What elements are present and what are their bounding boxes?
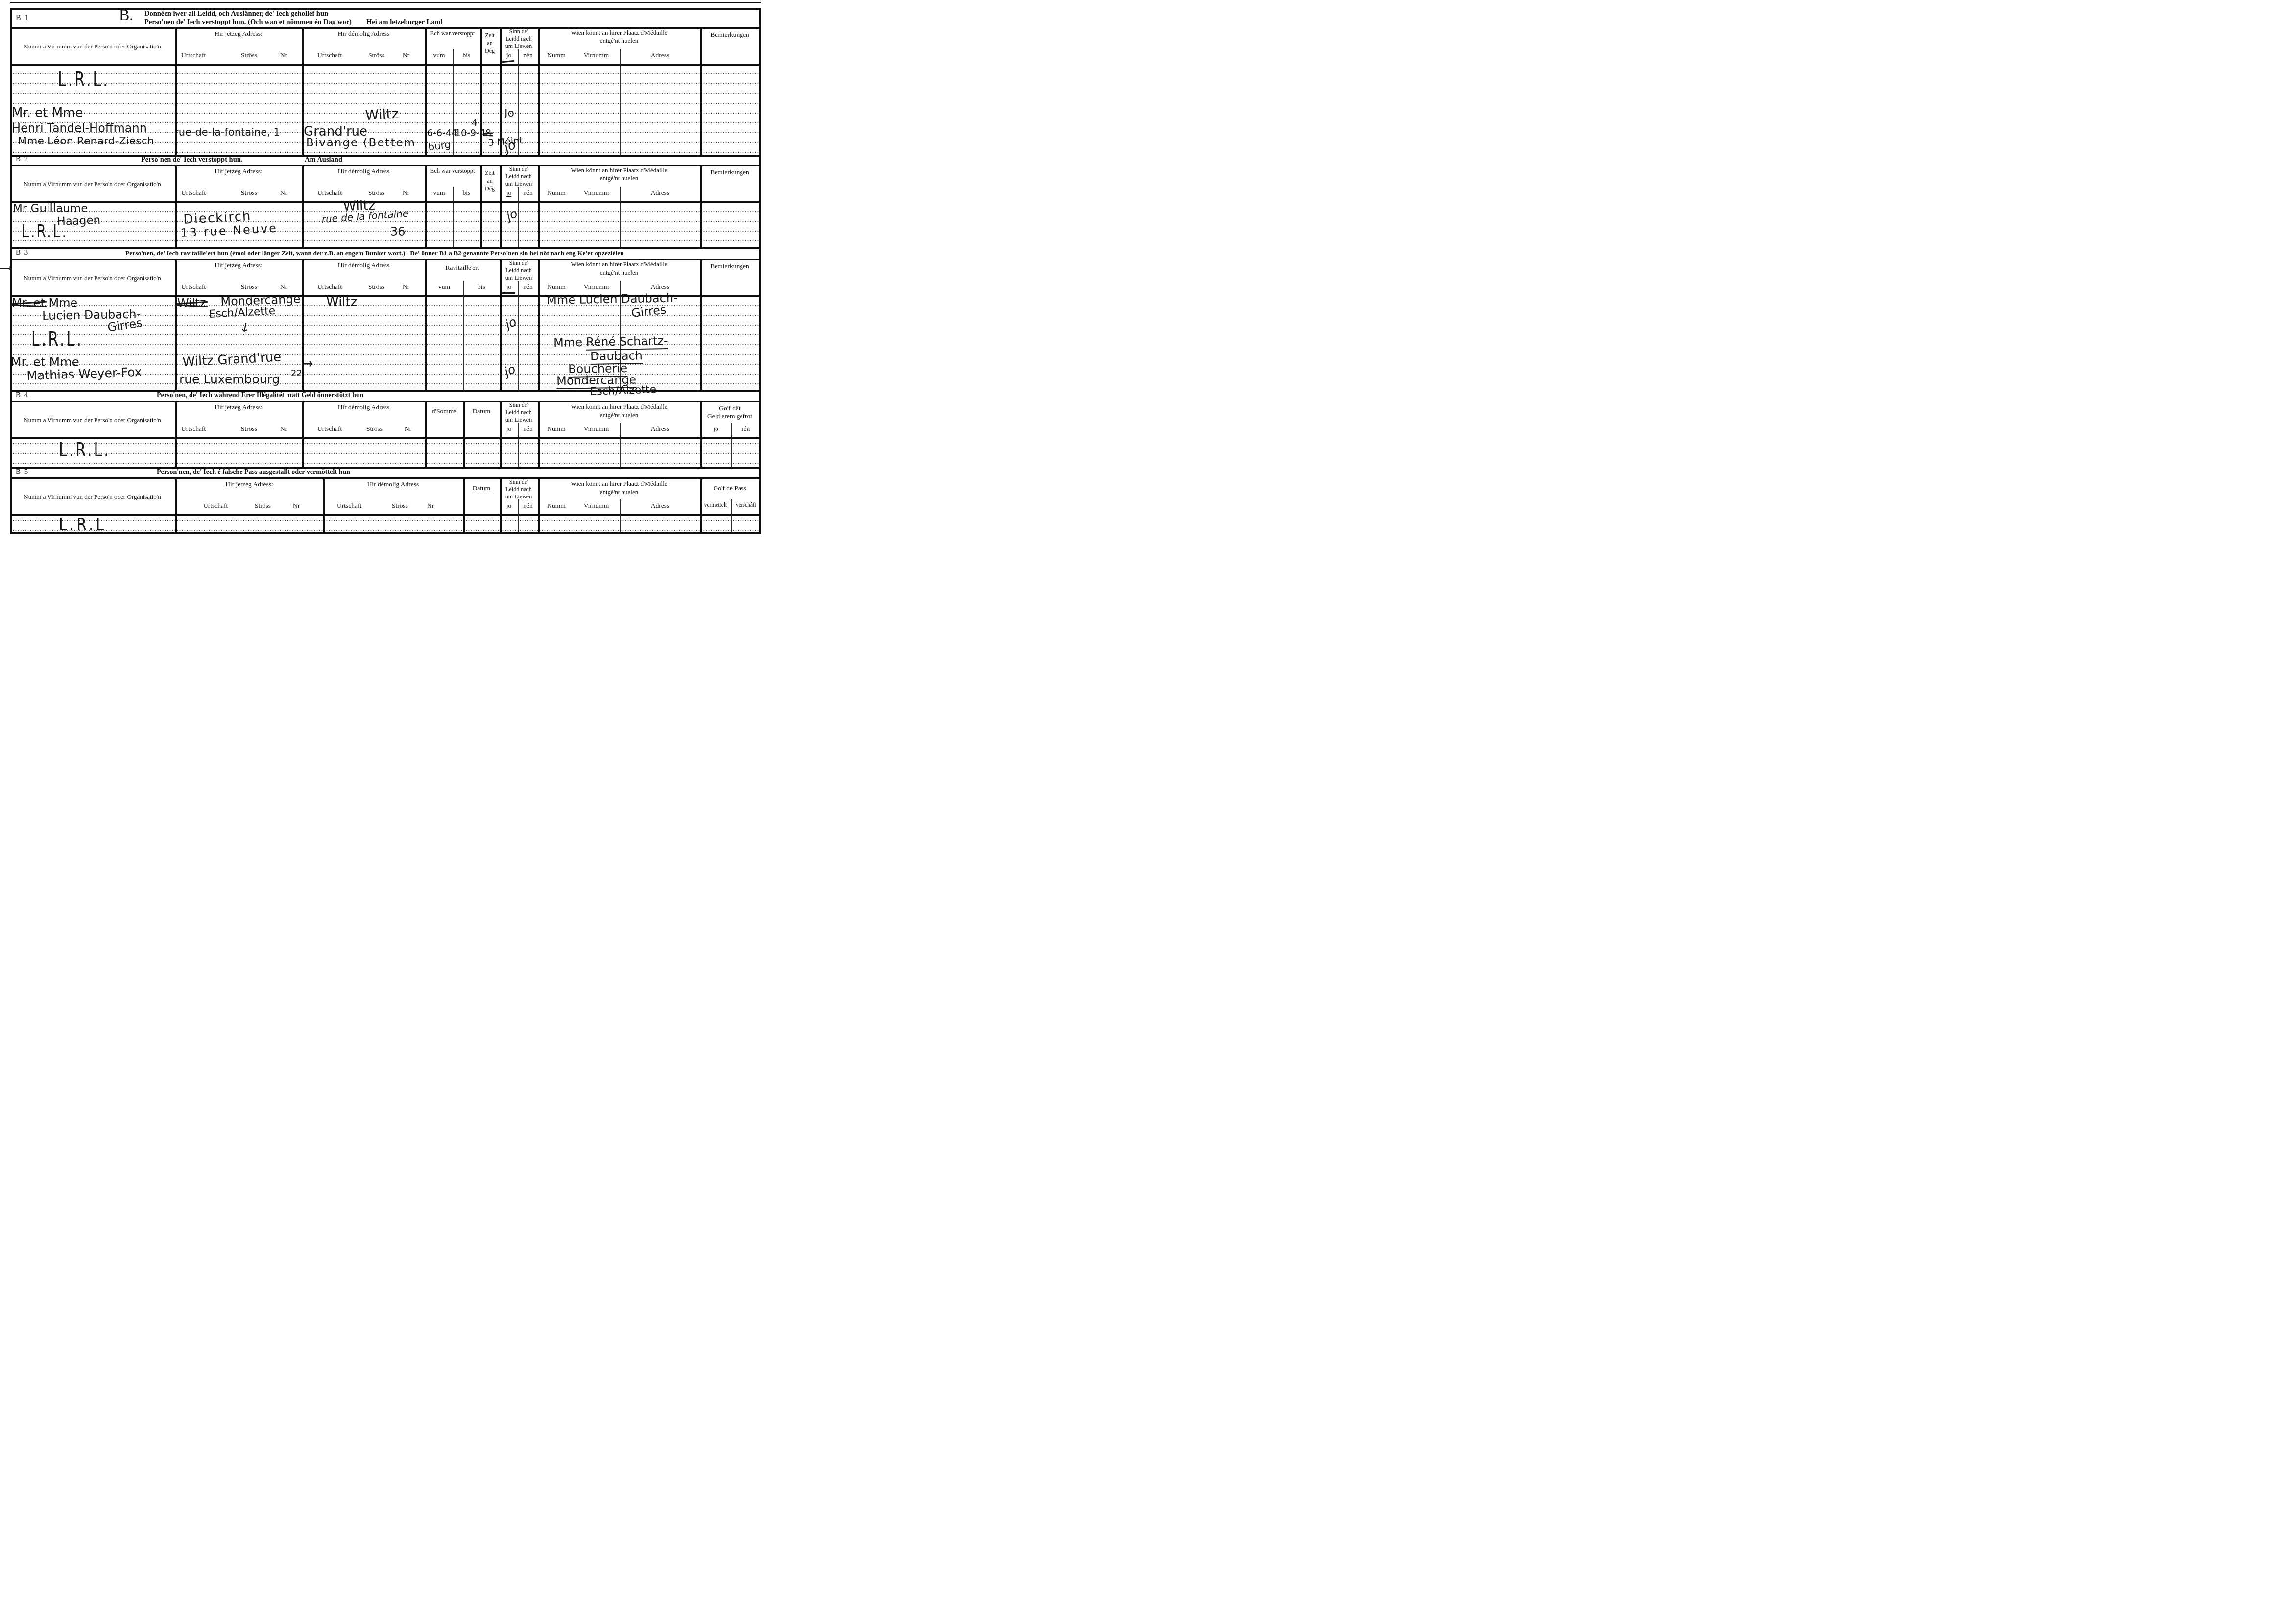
b2-sinn3: um Liewen (500, 181, 538, 187)
b4-gof2: Geld erem gefrot (700, 413, 759, 420)
hw-b1-jo-top: Jo (504, 108, 514, 119)
b2-medaille2: entgé'nt huelen (538, 175, 700, 182)
hw-b3-now4: rue Luxembourg (179, 373, 280, 386)
b3-jo: jo (500, 283, 518, 290)
b4-col-datum: Datum (463, 408, 500, 415)
rule-v (700, 259, 702, 390)
b4-jo: jo (500, 425, 518, 432)
b1-numm: Numm (541, 52, 572, 59)
b4-demolig-nr: Nr (405, 425, 411, 432)
hw-b3-org: L.R.L. (31, 330, 83, 350)
rule-v (538, 259, 540, 390)
b5-jetzeg-urtschaft: Urtschaft (203, 502, 228, 509)
b5-numm: Numm (541, 502, 572, 509)
b2-bis: bis (453, 189, 480, 196)
hw-b2-org: L.R.L. (22, 222, 68, 241)
b1-zeit3: Dég (480, 48, 500, 54)
rule-bottom (10, 532, 761, 534)
b2-demolig-urtschaft: Urtschaft (317, 189, 342, 196)
hw-b3-now4-nr: 22 (291, 369, 302, 378)
b1-col-jetzeg: Hir jetzeg Adress: (175, 30, 302, 37)
rule-v (425, 165, 427, 247)
b3-demolig-stross: Ströss (368, 283, 384, 290)
b4-sinn2: Leidd nach (500, 409, 538, 416)
b3-jetzeg-stross: Ströss (241, 283, 257, 290)
b3-jetzeg-urtschaft: Urtschaft (181, 283, 206, 290)
b5-jetzeg-stross: Ströss (255, 502, 271, 509)
b1-jo: jo (500, 52, 518, 59)
b5-title: Person'nen, de' Iech é falsche Pass ausg… (157, 469, 350, 476)
hw-b2-jo-text: jo (504, 207, 520, 223)
hw-b1-bis-main: 10-9-4 (455, 128, 485, 139)
hw-b3-jo2-text: jo (502, 363, 518, 379)
rule-b3-header-top (10, 259, 761, 260)
b1-vum: vum (425, 52, 453, 59)
b1-sinn1: Sinn de' (500, 28, 538, 35)
hw-b5-org: L.R.L (59, 516, 106, 534)
b5-col-jetzeg: Hir jetzeg Adress: (176, 481, 323, 488)
b4-nen: nén (518, 425, 538, 432)
b4-title: Perso'nen, de' Iech während Erer Illégal… (157, 392, 363, 400)
b1-demolig-urtschaft: Urtschaft (317, 52, 342, 59)
hw-b1-couple: Mr. et Mme (12, 107, 83, 120)
hw-b3-now-struck-text: Wiltz (177, 297, 206, 309)
b3-medaille1: Wien könnt an hirer Plaatz d'Médaille (538, 261, 700, 268)
b3-jetzeg-nr: Nr (280, 283, 287, 290)
b4-medaille1: Wien könnt an hirer Plaatz d'Médaille (538, 403, 700, 410)
rule-b4-bottom (10, 467, 761, 469)
b3-demolig-nr: Nr (403, 283, 409, 290)
section-label-b5: B 5 (16, 469, 29, 476)
b2-numm: Numm (541, 189, 572, 196)
rule-v (538, 401, 540, 467)
rule-b2-header-top (10, 165, 761, 166)
hw-b3-arrow-right: → (302, 356, 313, 371)
rule-b4-header-top (10, 401, 761, 402)
rule-v-thin (463, 281, 464, 390)
rule-b2-bottom (10, 247, 761, 249)
b3-bis: bis (463, 283, 500, 290)
hw-b1-bis-correction: 4 (472, 119, 477, 128)
rule-right-border (759, 8, 761, 534)
hw-b1-jo-bottom: jo (504, 140, 516, 153)
b2-title: Perso'nen de' Iech verstoppt hun. (141, 156, 242, 164)
b3-virnumm: Virnumm (573, 283, 620, 290)
b3-title-main: Perso'nen, de' Iech ravitaille'ert hun (… (125, 249, 405, 257)
b5-col-name: Numm a Virnumm vun der Perso'n oder Orga… (13, 494, 172, 500)
b4-col-demolig: Hir démolig Adress (302, 404, 425, 411)
b5-adress: Adress (622, 502, 698, 509)
b1-title-suffix: Hei am letzeburger Land (366, 19, 443, 26)
section-label-b3: B 3 (16, 249, 29, 257)
rule-v (425, 259, 427, 390)
b4-gof1: Go'f dât (700, 405, 759, 412)
section-label-b2: B 2 (16, 156, 29, 164)
rule-v-thin (518, 281, 519, 390)
section-label-b4: B 4 (16, 392, 29, 400)
b1-medaille2: entgé'nt huelen (538, 37, 700, 44)
b2-jetzeg-urtschaft: Urtschaft (181, 189, 206, 196)
b4-sinn3: um Liewen (500, 417, 538, 423)
b2-sinn1: Sinn de' (500, 166, 538, 172)
b2-jetzeg-nr: Nr (280, 189, 287, 196)
rule-v (302, 165, 304, 247)
hw-b2-former3: 36 (390, 226, 406, 238)
b5-virnumm: Virnumm (573, 502, 620, 509)
rule-v-thin (620, 499, 621, 532)
b2-demolig-nr: Nr (403, 189, 409, 196)
b1-adress: Adress (622, 52, 698, 59)
b2-bemierkungen: Bemierkungen (700, 169, 759, 176)
b2-col-name: Numm a Virnumm vun der Perso'n oder Orga… (13, 181, 172, 188)
b4-gof-nen: nén (731, 425, 759, 432)
b5-sinn3: um Liewen (500, 494, 538, 500)
b5-verschaft: verschâft (732, 502, 760, 508)
b3-sinn3: um Liewen (500, 275, 538, 281)
b4-medaille2: entgé'nt huelen (538, 412, 700, 419)
b1-jetzeg-nr: Nr (280, 52, 287, 59)
b5-sinn2: Leidd nach (500, 486, 538, 493)
hw-b3-medal4: Daubach (590, 350, 643, 363)
hw-b1-former-city: Wiltz (365, 106, 399, 122)
rule-b1-header-top (10, 27, 761, 29)
b3-numm: Numm (541, 283, 572, 290)
hw-b1-name2: Mme Léon Renard-Ziesch (18, 136, 154, 147)
b3-col-name: Numm a Virnumm vun der Perso'n oder Orga… (13, 275, 172, 282)
hw-b1-org: L.R.L. (58, 70, 110, 91)
b4-sinn1: Sinn de' (500, 402, 538, 408)
hw-b3-medal3: Mme Réné Schartz- (553, 335, 668, 349)
b4-demolig-urtschaft: Urtschaft (317, 425, 342, 432)
hw-b1-bis: 10-9-48 (455, 129, 491, 139)
b1-zeit1: Zeit (480, 32, 500, 39)
rule-v-thin (620, 49, 621, 155)
hand-underline-jo (502, 60, 514, 63)
b5-col-datum: Datum (463, 485, 500, 492)
b4-demolig-stross: Ströss (366, 425, 383, 432)
hw-b2-jo: jo (506, 209, 517, 221)
b3-col-jetzeg: Hir jetzeg Adress: (175, 262, 302, 269)
b1-col-demolig: Hir démolig Adress (302, 30, 425, 37)
b1-demolig-stross: Ströss (368, 52, 384, 59)
hw-b3-jo1: jo (505, 317, 516, 330)
b2-zeit1: Zeit (480, 170, 500, 176)
b1-zeit2: an (480, 40, 500, 47)
b4-col-jetzeg: Hir jetzeg Adress: (175, 404, 302, 411)
hw-b3-former1: Wiltz (326, 296, 357, 309)
b1-col-name: Numm a Virnumm vun der Perso'n oder Orga… (13, 43, 172, 50)
b3-bemierkungen: Bemierkungen (700, 263, 759, 270)
b3-demolig-urtschaft: Urtschaft (317, 283, 342, 290)
b2-col-jetzeg: Hir jetzeg Adress: (175, 168, 302, 175)
b5-demolig-stross: Ströss (392, 502, 408, 509)
b4-jetzeg-nr: Nr (280, 425, 287, 432)
b1-nen: nén (518, 52, 538, 59)
b4-numm: Numm (541, 425, 572, 432)
b5-vermettelt: vermettelt (699, 502, 732, 508)
b2-col-verstoppt: Ech war verstoppt (424, 168, 481, 174)
b5-jetzeg-nr: Nr (293, 502, 300, 509)
b2-sinn2: Leidd nach (500, 173, 538, 180)
hw-b3-jo2: jo (504, 364, 515, 377)
b1-col-verstoppt: Ech war verstoppt (424, 30, 481, 37)
b2-zeit2: an (480, 178, 500, 184)
hw-b1-jo-bottom-text: jo (502, 138, 518, 155)
hw-b3-medal7: Esch/Alzette (590, 384, 657, 398)
b4-col-name: Numm a Virnumm vun der Perso'n oder Orga… (13, 417, 172, 424)
hw-b1-vum: 6-6-44 (427, 129, 457, 139)
b4-gof-jo: jo (700, 425, 731, 432)
paper-edge-line (10, 2, 761, 3)
b2-title-suffix: Am Ausland (305, 156, 342, 164)
b2-demolig-stross: Ströss (368, 189, 384, 196)
rule-v (700, 27, 702, 155)
b5-jo: jo (500, 502, 518, 509)
b4-col-dsomme: d'Somme (425, 408, 463, 415)
b3-sinn2: Leidd nach (500, 267, 538, 274)
rule-v-thin (453, 49, 454, 155)
dotted-rows-b4 (11, 439, 759, 466)
hw-b3-medal3a: Mme (553, 335, 586, 350)
b3-title-suffix: De' önner B1 a B2 genannte Perso'nen sin… (410, 249, 623, 257)
hw-b3-jo1-text: jo (503, 315, 519, 331)
hw-b4-org: L.R.L. (59, 440, 111, 460)
b3-sinn1: Sinn de' (500, 260, 538, 266)
rule-v (538, 27, 540, 155)
hw-b3-medal3b: Réné Schartz- (586, 334, 668, 351)
rule-v (175, 259, 177, 390)
b1-jetzeg-stross: Ströss (241, 52, 257, 59)
b5-sinn1: Sinn de' (500, 479, 538, 485)
b1-bemierkungen: Bemierkungen (700, 31, 759, 38)
rule-v (425, 27, 427, 155)
b5-medaille2: entgé'nt huelen (538, 489, 700, 496)
scanned-form-page: ⟶ B 1 B. Donnéen iwer all Leidd, och Aus… (0, 0, 765, 535)
hw-b3-r1-struck: Mr. et (12, 297, 45, 309)
b1-title-line1: Donnéen iwer all Leidd, och Auslänner, d… (144, 10, 328, 18)
b1-jetzeg-urtschaft: Urtschaft (181, 52, 206, 59)
section-label-b1: B 1 (16, 14, 30, 23)
dotted-rows-b5 (11, 516, 759, 532)
hw-b3-now-struck: Wiltz (177, 297, 206, 309)
b2-zeit3: Dég (480, 186, 500, 192)
b1-bis: bis (453, 52, 480, 59)
b1-sinn2: Leidd nach (500, 36, 538, 42)
b3-adress: Adress (622, 283, 698, 290)
b2-jo: jo (500, 189, 518, 196)
b5-demolig-nr: Nr (427, 502, 434, 509)
b4-virnumm: Virnumm (573, 425, 620, 432)
b4-jetzeg-urtschaft: Urtschaft (181, 425, 206, 432)
hw-b3-r1-rest: Mme (48, 296, 77, 310)
b3-col-demolig: Hir démolig Adress (302, 262, 425, 269)
b5-medaille1: Wien könnt an hirer Plaatz d'Médaille (538, 480, 700, 487)
b3-col-ravitailleert: Ravitaille'ert (424, 264, 501, 271)
b5-nen: nén (518, 502, 538, 509)
b4-adress: Adress (622, 425, 698, 432)
b3-vum: vum (425, 283, 463, 290)
b2-virnumm: Virnumm (573, 189, 620, 196)
rule-v (175, 165, 177, 247)
rule-b5-header-top (10, 477, 761, 479)
b1-medaille1: Wien könnt an hirer Plaatz d'Médaille (538, 29, 700, 36)
margin-arrow-mark: ⟶ (0, 264, 12, 274)
rule-v (480, 165, 482, 247)
b2-medaille1: Wien könnt an hirer Plaatz d'Médaille (538, 167, 700, 174)
b3-title: Perso'nen, de' Iech ravitaille'ert hun (… (125, 250, 624, 257)
rule-v-thin (620, 423, 621, 467)
hw-b2-name1: Mr Guillaume (13, 203, 88, 214)
b5-gof-pass: Go'f de Pass (700, 485, 759, 492)
hw-b3-r1-couple: Mr. et Mme (12, 297, 77, 309)
b1-virnumm: Virnumm (573, 52, 620, 59)
b2-nen: nén (518, 189, 538, 196)
b1-demolig-nr: Nr (403, 52, 409, 59)
b2-vum: vum (425, 189, 453, 196)
b5-col-demolig: Hir démolig Adress (323, 481, 463, 488)
hw-b1-former-city2: Bivange (Bettem (306, 137, 416, 149)
b3-nen: nén (518, 283, 538, 290)
b5-demolig-urtschaft: Urtschaft (337, 502, 361, 509)
b1-sinn3: um Liewen (500, 43, 538, 49)
b2-col-demolig: Hir démolig Adress (302, 168, 425, 175)
b2-jetzeg-stross: Ströss (241, 189, 257, 196)
rule-v (700, 165, 702, 247)
rule-v-thin (620, 187, 621, 247)
hand-underline-jo-b3 (502, 292, 515, 294)
form-letter: B. (119, 7, 133, 24)
hw-b1-name1: Henri Tandel-Hoffmann (12, 122, 147, 135)
b2-adress: Adress (622, 189, 698, 196)
b1-title-line2: Perso'nen de' Iech verstoppt hun. (Och w… (144, 19, 352, 26)
rule-b1-bottom (10, 155, 761, 157)
b4-jetzeg-stross: Ströss (241, 425, 257, 432)
hw-b1-addr-now: rue-de-la-fontaine, 1 (174, 127, 280, 138)
b3-medaille2: entgé'nt huelen (538, 269, 700, 276)
